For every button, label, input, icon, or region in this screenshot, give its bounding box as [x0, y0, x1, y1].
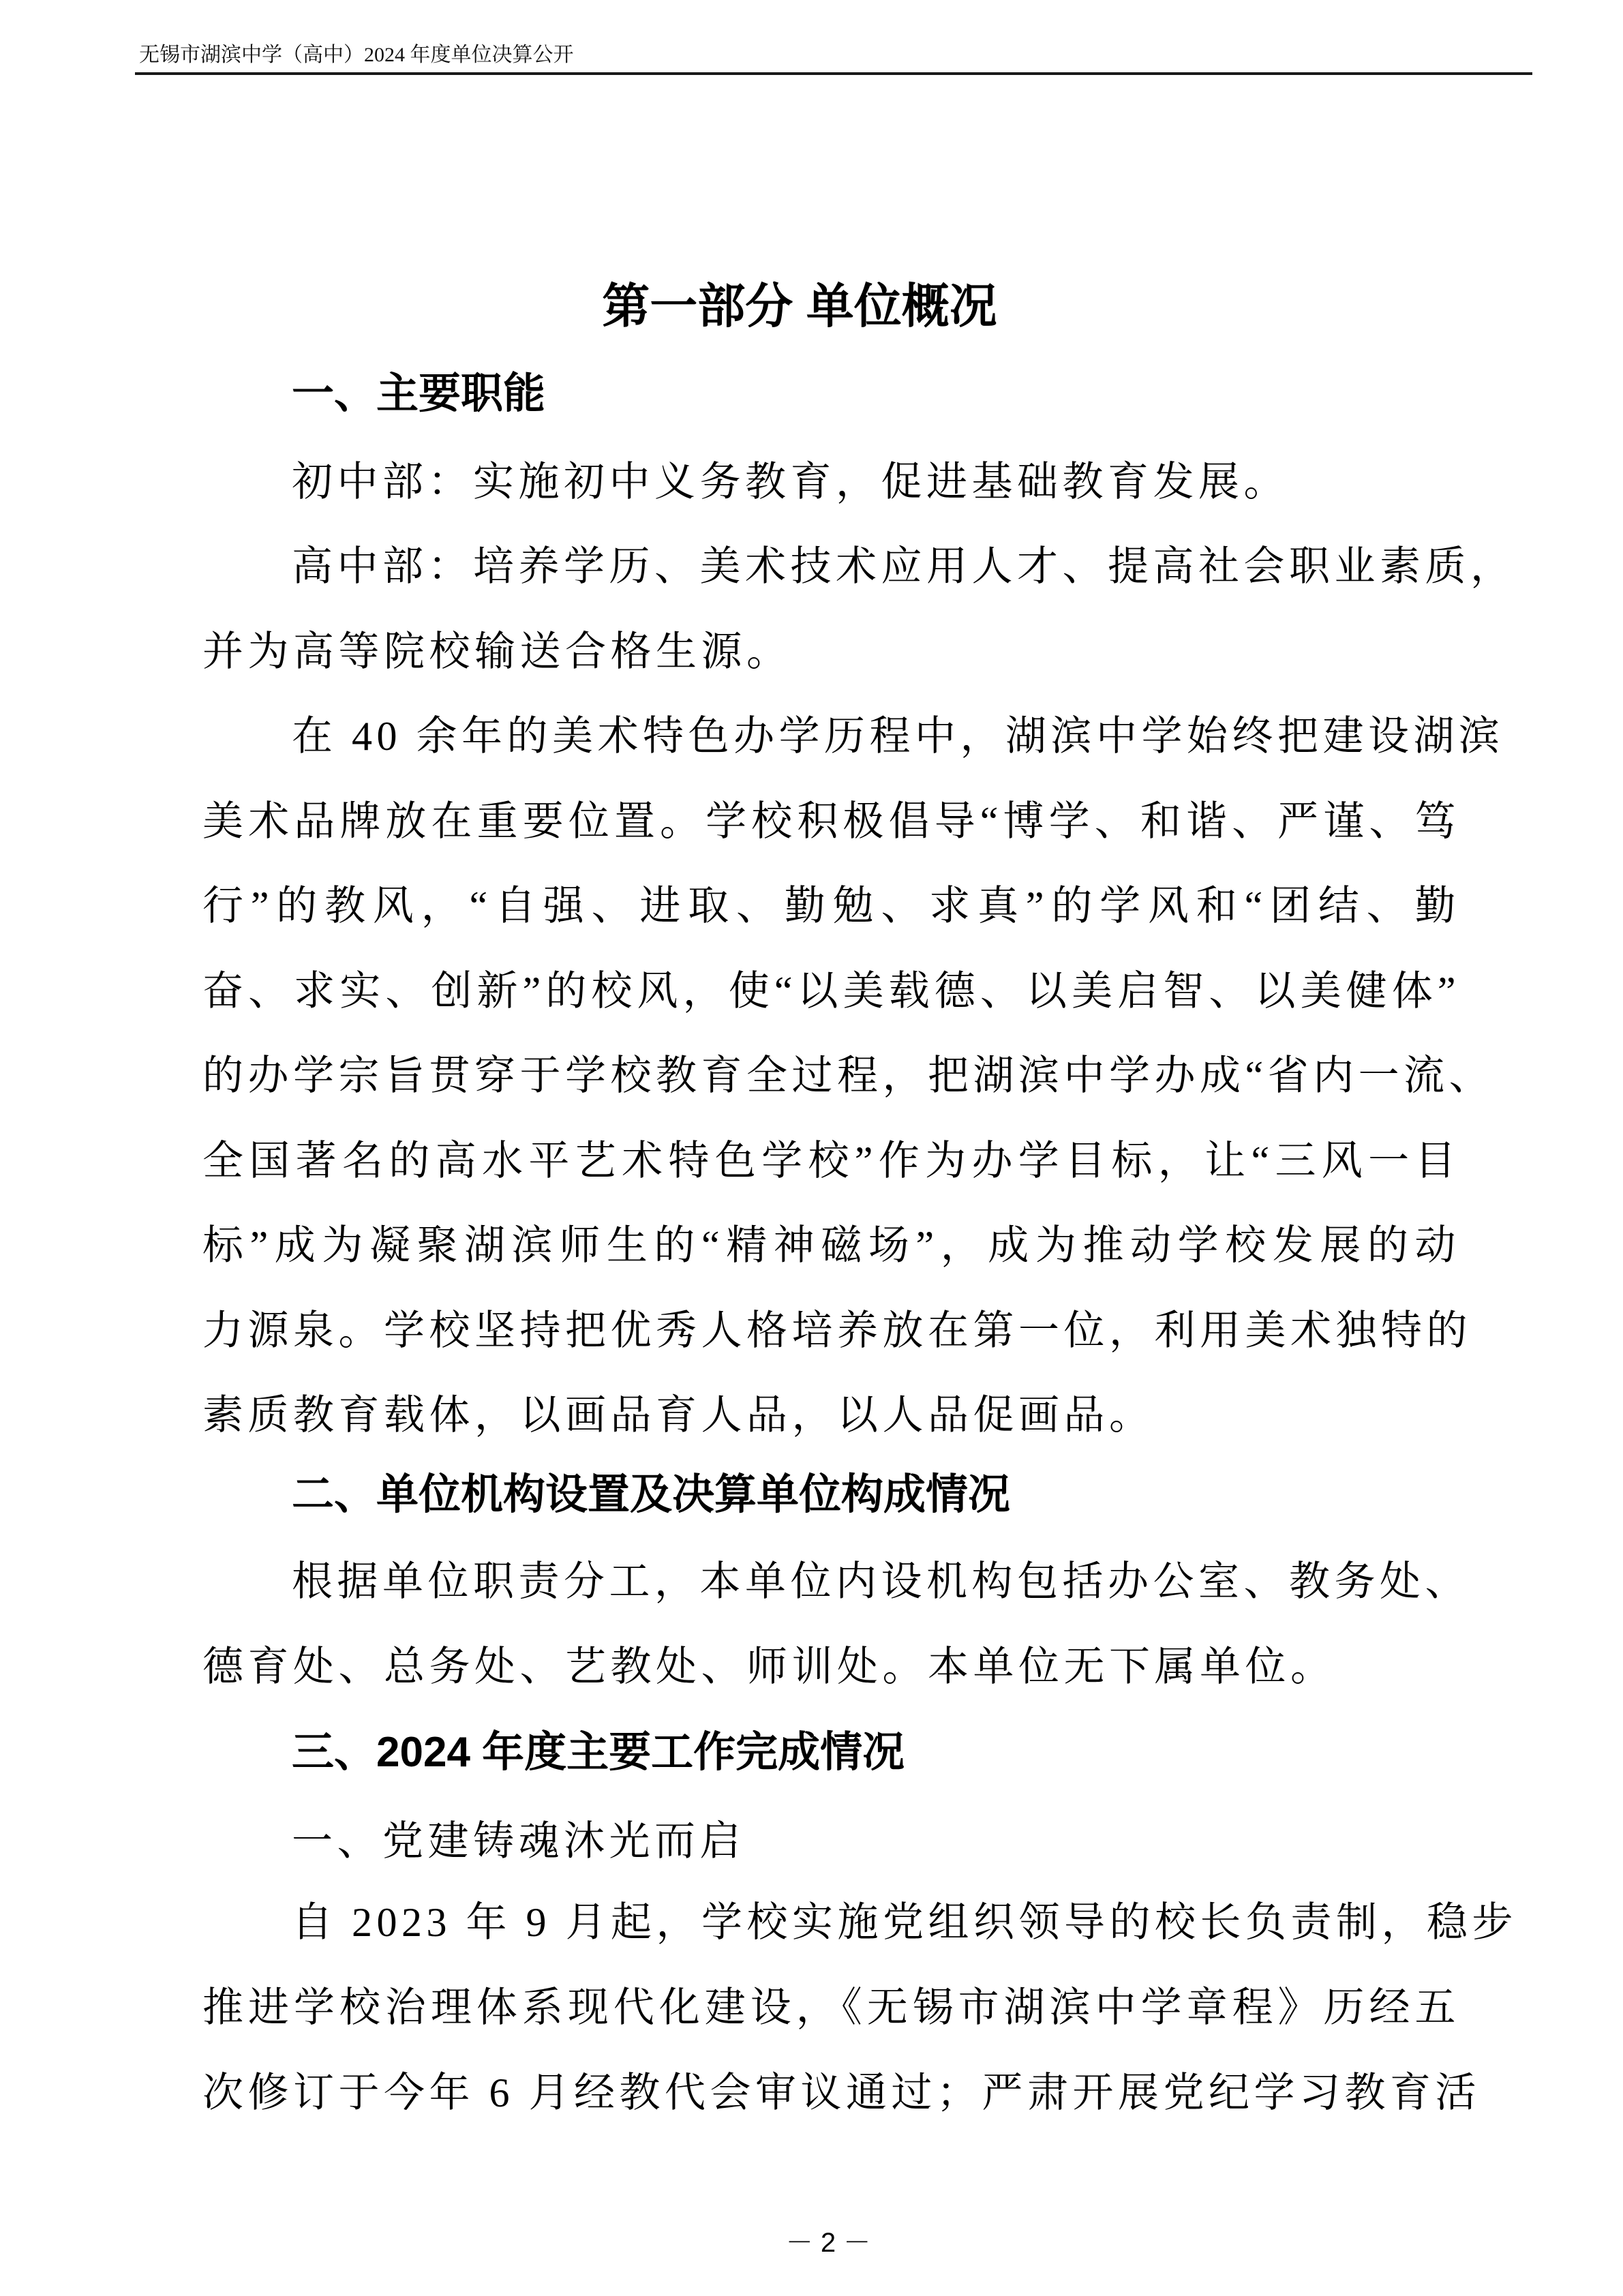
subsection-heading-party-building: 一、党建铸魂沐光而启	[292, 1814, 1460, 1869]
page-title: 第一部分 单位概况	[0, 275, 1599, 337]
section-heading-main-functions: 一、主要职能	[292, 367, 1460, 421]
running-header: 无锡市湖滨中学（高中）2024 年度单位决算公开	[139, 44, 574, 67]
paragraph-line: 根据单位职责分工，本单位内设机构包括办公室、教务处、	[292, 1554, 1460, 1609]
page-number: － 2 －	[0, 2228, 1623, 2258]
paragraph-line: 素质教育载体，以画品育人品，以人品促画品。	[202, 1388, 1460, 1442]
header-rule	[135, 72, 1532, 75]
section-heading-work-completion: 三、2024 年度主要工作完成情况	[292, 1725, 1460, 1780]
paragraph-line: 在 40 余年的美术特色办学历程中，湖滨中学始终把建设湖滨	[292, 709, 1460, 764]
paragraph-line: 推进学校治理体系现代化建设，《无锡市湖滨中学章程》历经五	[202, 1980, 1460, 2035]
paragraph-line: 次修订于今年 6 月经教代会审议通过；严肃开展党纪学习教育活	[202, 2066, 1460, 2120]
paragraph-line: 高中部：培养学历、美术技术应用人才、提高社会职业素质，	[292, 539, 1460, 594]
paragraph-line: 初中部：实施初中义务教育，促进基础教育发展。	[292, 455, 1460, 509]
document-page: 无锡市湖滨中学（高中）2024 年度单位决算公开 第一部分 单位概况 一、主要职…	[0, 0, 1623, 2296]
section-heading-organization: 二、单位机构设置及决算单位构成情况	[292, 1468, 1460, 1522]
paragraph-line: 美术品牌放在重要位置。学校积极倡导“博学、和谐、严谨、笃	[202, 794, 1460, 849]
paragraph-line: 全国著名的高水平艺术特色学校”作为办学目标，让“三风一目	[202, 1134, 1460, 1188]
paragraph-line: 标”成为凝聚湖滨师生的“精神磁场”，成为推动学校发展的动	[202, 1218, 1460, 1273]
paragraph-line: 自 2023 年 9 月起，学校实施党组织领导的校长负责制，稳步	[292, 1895, 1460, 1950]
paragraph-line: 的办学宗旨贯穿于学校教育全过程，把湖滨中学办成“省内一流、	[202, 1048, 1460, 1103]
paragraph-line: 行”的教风，“自强、进取、勤勉、求真”的学风和“团结、勤	[202, 879, 1460, 933]
paragraph-line: 德育处、总务处、艺教处、师训处。本单位无下属单位。	[202, 1640, 1460, 1694]
paragraph-line: 力源泉。学校坚持把优秀人格培养放在第一位，利用美术独特的	[202, 1303, 1460, 1358]
paragraph-line: 并为高等院校输送合格生源。	[202, 624, 1460, 679]
paragraph-line: 奋、求实、创新”的校风，使“以美载德、以美启智、以美健体”	[202, 964, 1460, 1018]
